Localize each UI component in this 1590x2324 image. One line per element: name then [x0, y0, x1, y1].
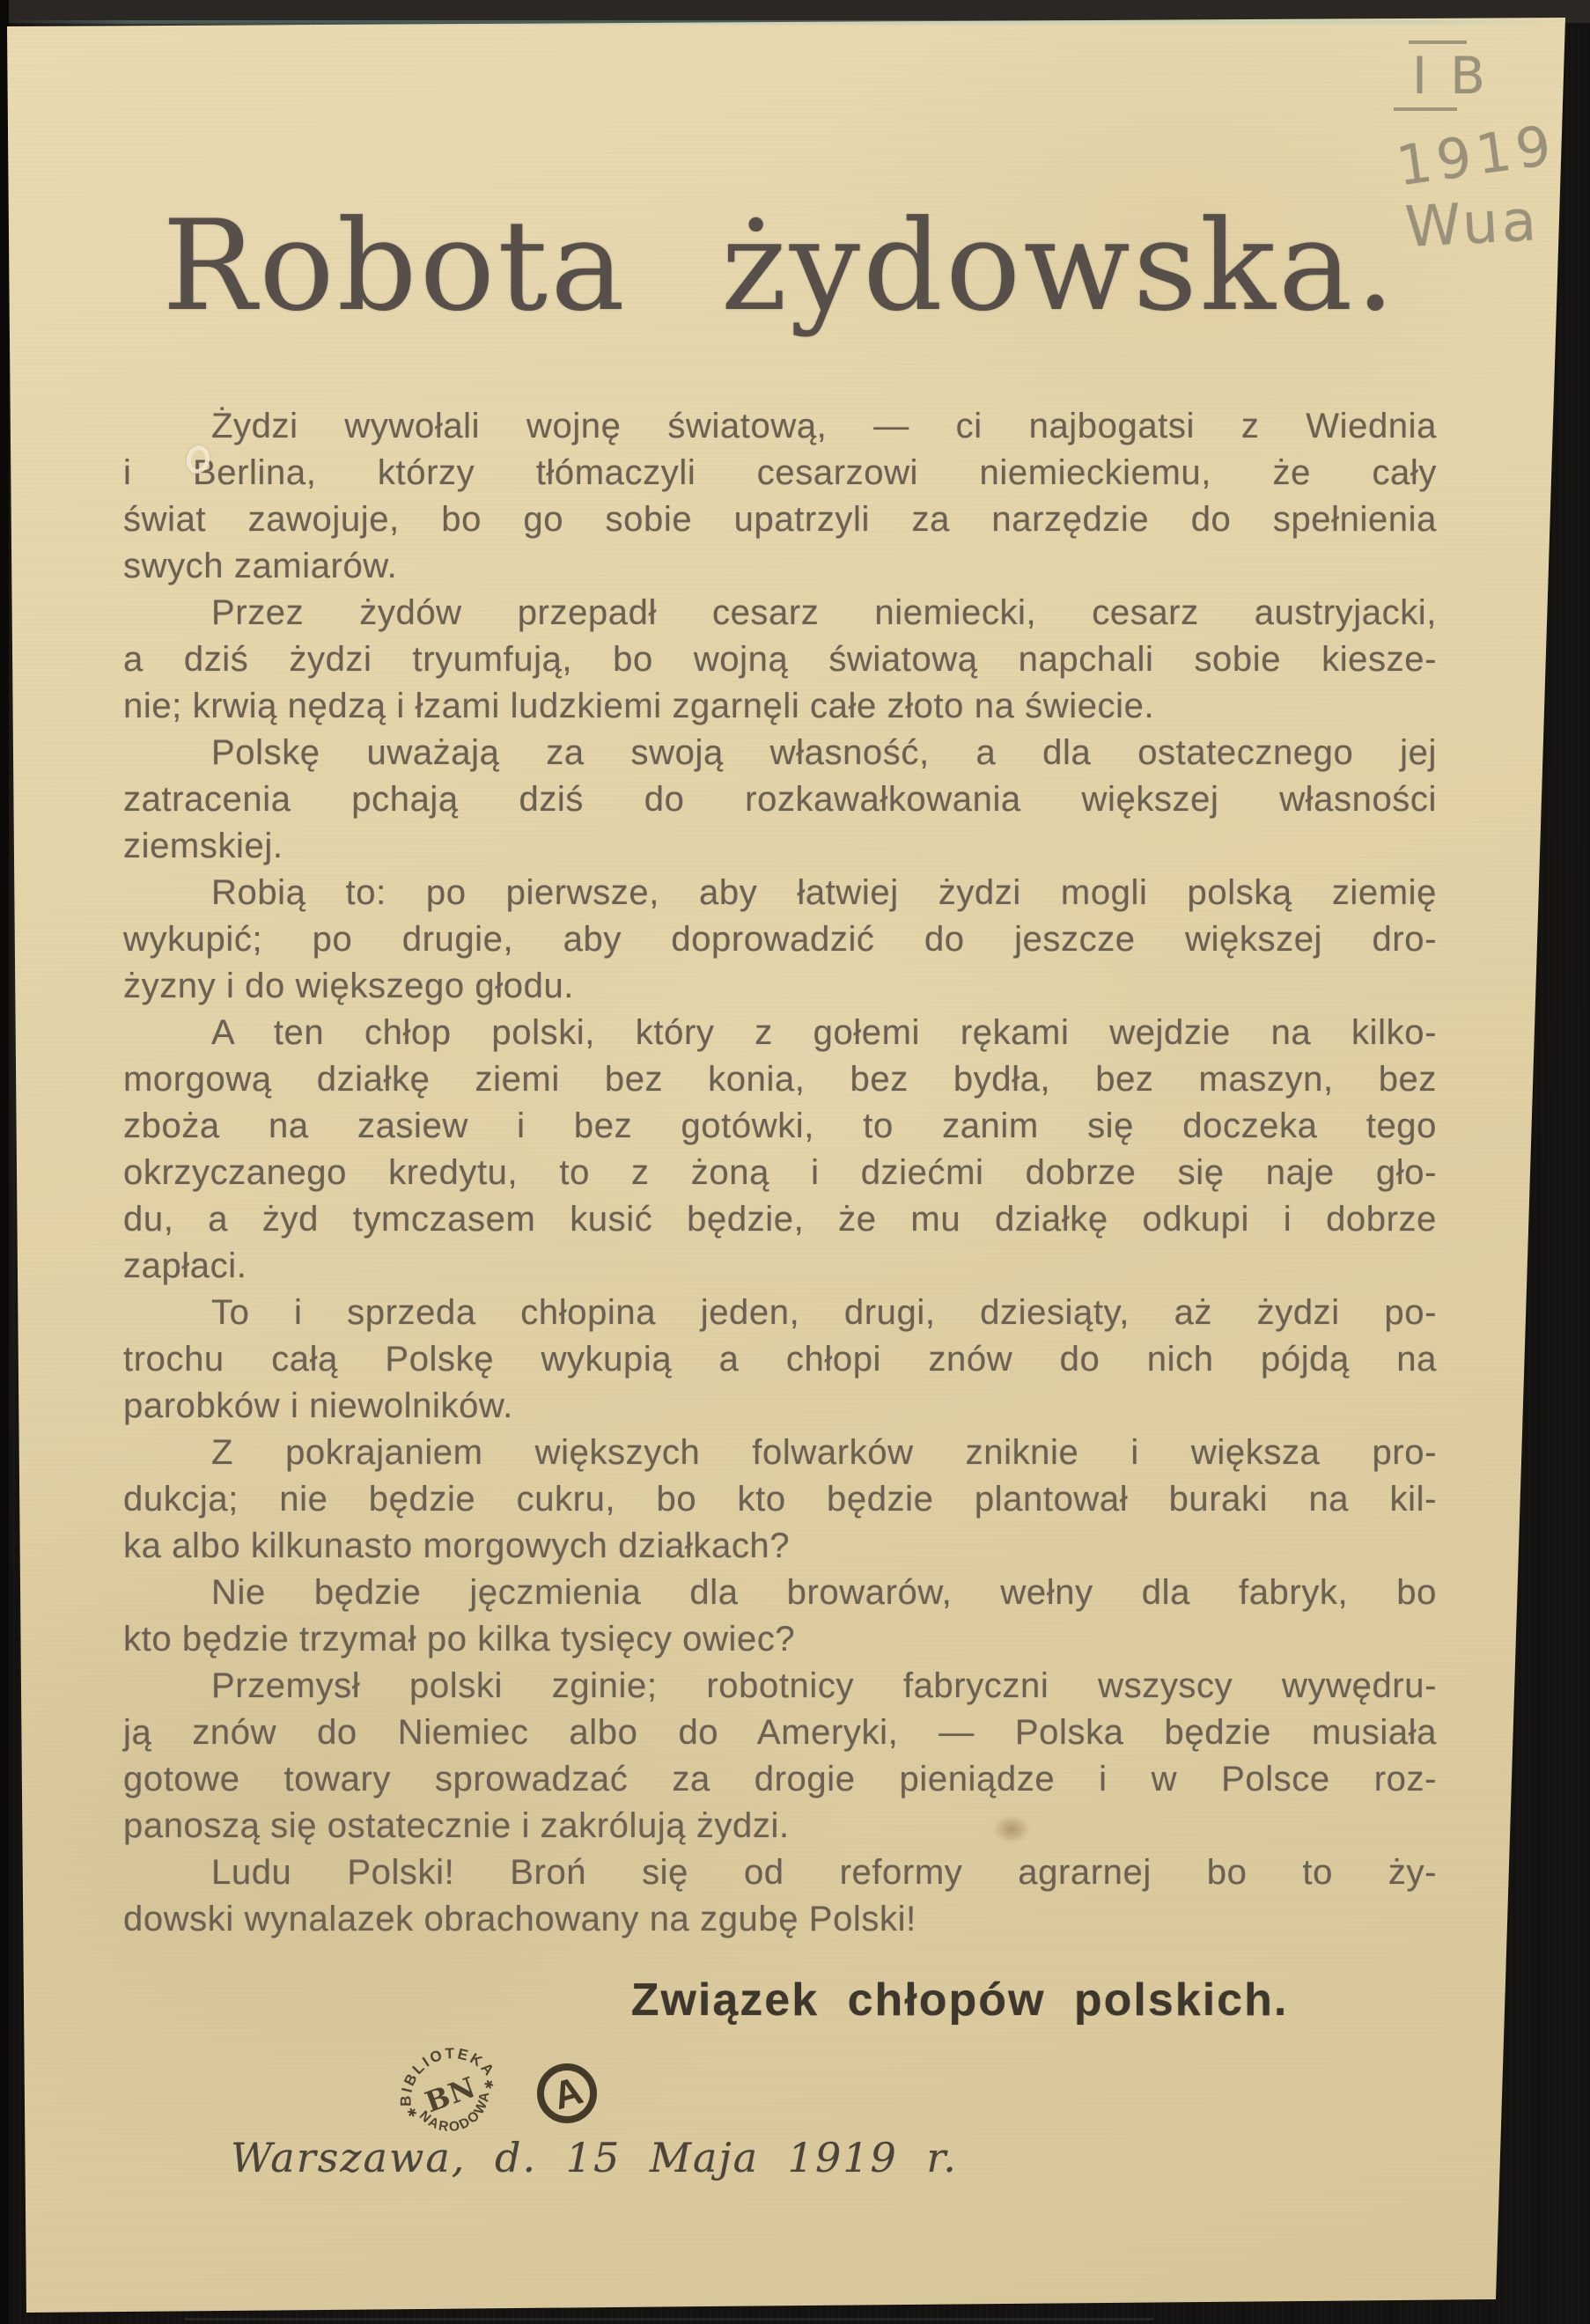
library-stamp-star-left: ✱ [405, 2105, 419, 2121]
scanner-edge-artifact [185, 2318, 1153, 2320]
body-line: świat zawojuje, bo go sobie upatrzyli za… [123, 496, 1437, 543]
body-line: swych zamiarów. [123, 543, 1437, 590]
body-line: Polskę uważają za swoją własność, a dla … [123, 730, 1437, 776]
body-line: okrzyczanego kredytu, to z żoną i dziećm… [123, 1150, 1437, 1196]
body-line: ziemskiej. [123, 823, 1437, 870]
paper-smudge [993, 1815, 1030, 1843]
paragraph: Ludu Polski! Broń się od reformy agrarne… [123, 1850, 1437, 1943]
body-line: Ludu Polski! Broń się od reformy agrarne… [123, 1850, 1437, 1896]
paragraph: Polskę uważają za swoją własność, a dla … [123, 730, 1437, 870]
body-line: ka albo kilkunasto morgowych działkach? [123, 1523, 1437, 1570]
body-line: Przez żydów przepadł cesarz niemiecki, c… [123, 590, 1437, 636]
paragraph: Żydzi wywołali wojnę światową, — ci najb… [123, 403, 1437, 590]
pencil-classification-suffix: B [1450, 46, 1508, 106]
body-line: gotowe towary sprowadzać za drogie pieni… [123, 1756, 1437, 1803]
body-line: Robią to: po pierwsze, aby łatwiej żydzi… [123, 870, 1437, 916]
body-line: a dziś żydzi tryumfują, bo wojną światow… [123, 636, 1437, 683]
body-line: morgową działkę ziemi bez konia, bez byd… [123, 1056, 1437, 1103]
scan: { "document": { "title": "Robota żydowsk… [0, 0, 1590, 2324]
page-title: Robota żydowska. [123, 201, 1437, 333]
body-line: du, a żyd tymczasem kusić będzie, że mu … [123, 1196, 1437, 1243]
paragraph: Przez żydów przepadł cesarz niemiecki, c… [123, 590, 1437, 730]
body-text: Żydzi wywołali wojnę światową, — ci najb… [123, 403, 1437, 1943]
pencil-underline [1394, 107, 1457, 111]
pencil-classification-mark: IB [1412, 46, 1508, 106]
body-line: zboża na zasiew i bez gotówki, to zanim … [123, 1103, 1437, 1150]
library-stamp-star-right: ✱ [482, 2077, 497, 2092]
body-line: To i sprzeda chłopina jeden, drugi, dzie… [123, 1290, 1437, 1336]
body-line: parobków i niewolników. [123, 1383, 1437, 1430]
body-line: kto będzie trzymał po kilka tysięcy owie… [123, 1616, 1437, 1663]
paragraph: Przemysł polski zginie; robotnicy fabryc… [123, 1663, 1437, 1850]
paper-top-edge-artifact [7, 20, 1565, 25]
letter-a-stamp-letter: A [548, 2069, 587, 2118]
body-line: zatracenia pchają dziś do rozkawałkowani… [123, 776, 1437, 823]
body-line: Przemysł polski zginie; robotnicy fabryc… [123, 1663, 1437, 1710]
body-line: A ten chłop polski, który z gołemi rękam… [123, 1010, 1437, 1056]
paragraph: Robią to: po pierwsze, aby łatwiej żydzi… [123, 870, 1437, 1010]
body-line: dowski wynalazek obrachowany na zgubę Po… [123, 1896, 1437, 1943]
body-line: Żydzi wywołali wojnę światową, — ci najb… [123, 403, 1437, 450]
pencil-classification-letter: I [1412, 46, 1450, 106]
body-line: i Berlina, którzy tłómaczyli cesarzowi n… [123, 450, 1437, 496]
scanner-background-left [0, 0, 9, 2324]
body-line: żyzny i do większego głodu. [123, 963, 1437, 1010]
body-line: nie; krwią nędzą i łzami ludzkiemi zgarn… [123, 683, 1437, 730]
paragraph: To i sprzeda chłopina jeden, drugi, dzie… [123, 1290, 1437, 1430]
paragraph: Z pokrajaniem większych folwarków znikni… [123, 1430, 1437, 1570]
dateline: Warszawa, d. 15 Maja 1919 r. [231, 2134, 958, 2181]
body-line: panoszą się ostatecznie i zakrólują żydz… [123, 1803, 1437, 1850]
body-line: zapłaci. [123, 1243, 1437, 1290]
body-line: dukcja; nie będzie cukru, bo kto będzie … [123, 1476, 1437, 1523]
body-line: ją znów do Niemiec albo do Ameryki, — Po… [123, 1710, 1437, 1756]
body-line: trochu całą Polskę wykupią a chłopi znów… [123, 1336, 1437, 1383]
paragraph: Nie będzie jęczmienia dla browarów, wełn… [123, 1570, 1437, 1663]
pencil-overline [1409, 40, 1467, 44]
signature-line: Związek chłopów polskich. [528, 1974, 1391, 2026]
body-line: wykupić; po drugie, aby doprowadzić do j… [123, 916, 1437, 963]
body-line: Z pokrajaniem większych folwarków znikni… [123, 1430, 1437, 1476]
paragraph: A ten chłop polski, który z gołemi rękam… [123, 1010, 1437, 1290]
letter-a-stamp: A [532, 2053, 602, 2134]
body-line: Nie będzie jęczmienia dla browarów, wełn… [123, 1570, 1437, 1616]
